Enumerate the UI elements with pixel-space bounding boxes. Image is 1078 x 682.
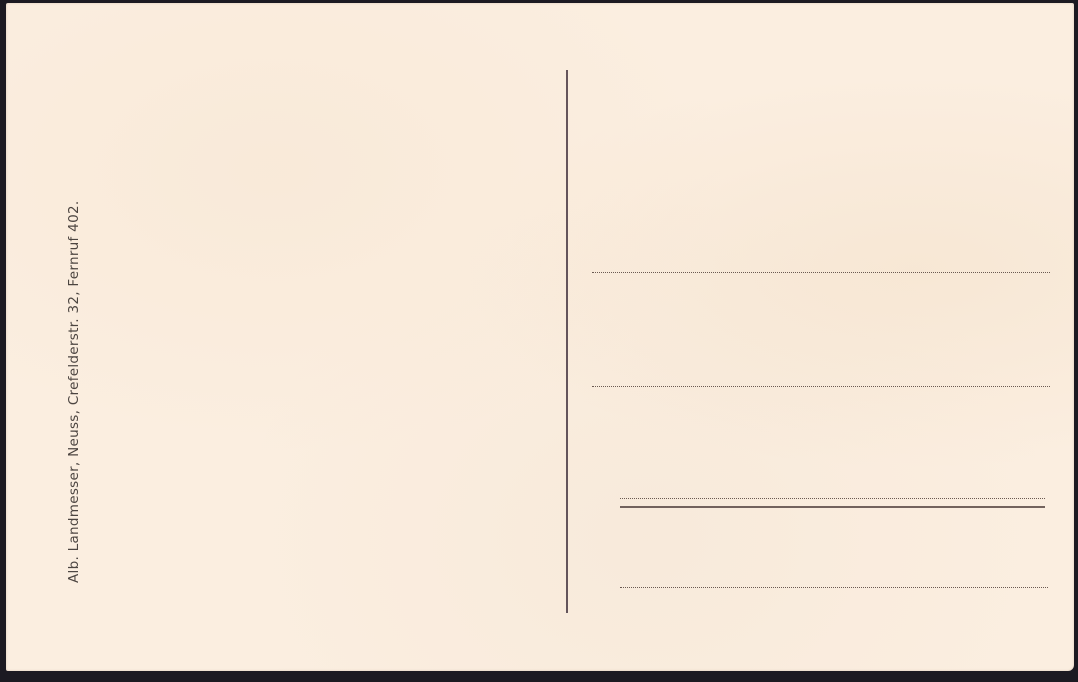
address-line-1	[592, 272, 1050, 273]
publisher-imprint: Alb. Landmesser, Neuss, Crefelderstr. 32…	[66, 201, 82, 583]
postcard-back: Alb. Landmesser, Neuss, Crefelderstr. 32…	[6, 3, 1074, 671]
center-divider-line	[566, 70, 568, 613]
address-line-2	[592, 386, 1050, 387]
address-line-3-underline	[620, 506, 1045, 508]
address-line-3-upper	[620, 498, 1045, 499]
address-line-4	[620, 587, 1048, 588]
